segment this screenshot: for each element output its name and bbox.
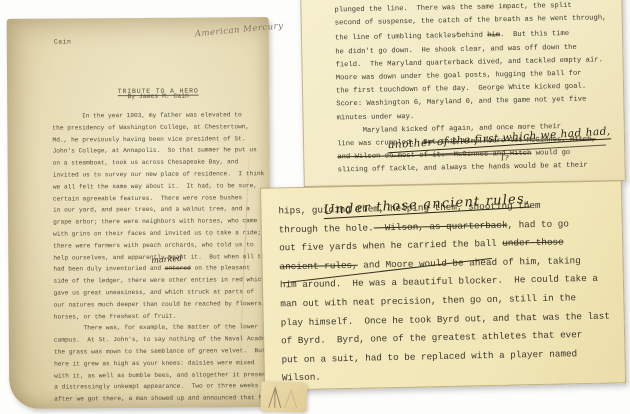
typed-segment: out five yards when he carried the ball	[279, 238, 502, 254]
typed-segment: . But this time	[500, 30, 569, 39]
typed-line: after we got there, a man showed up and …	[54, 392, 270, 405]
typed-segment: the line of tumbling tackles	[335, 33, 456, 43]
typed-line: the presidency of Washington College, at…	[52, 121, 268, 134]
typed-segment: and Moore would be ahead of him, taking	[358, 255, 581, 271]
typed-line: here it grew as high as your knees: dais…	[54, 357, 270, 370]
manuscript-page-first: Cain American Mercury TRIBUTE TO A HERO …	[7, 17, 272, 409]
paragraph-one: In the year 1903, my father was elevated…	[52, 109, 269, 323]
typed-segment: would go	[531, 149, 570, 158]
magazine-annotation-handwriting: American Mercury	[194, 21, 283, 39]
torn-paper-scrap	[261, 381, 308, 412]
typed-segment: behind	[457, 32, 487, 41]
author-surname: Cain	[54, 38, 72, 45]
edited-segment: under those	[502, 237, 564, 249]
edited-segment: ancient rules,	[279, 260, 357, 273]
manuscript-page-top-right: plunged the line. There was the same imp…	[300, 0, 626, 187]
typed-segment: , had to go	[507, 218, 569, 230]
typed-line: there were farmers with peach orchards, …	[53, 239, 269, 252]
paragraph-two: There was, for example, the matter of th…	[54, 321, 271, 405]
edited-segment: Wilson, as quarterback	[373, 219, 507, 233]
pencil-scribble-marks	[261, 381, 308, 412]
manuscript-byline: By James M. Cain	[52, 92, 264, 100]
manuscript-page-bottom-right: hips, guiding them, helping them, shooti…	[260, 180, 626, 391]
handwritten-caret-note: 1?	[500, 154, 508, 162]
edited-segment: entered	[165, 265, 191, 272]
typed-segment: had been duly inventoried and	[53, 265, 164, 273]
typed-line: our natures much deeper than could be re…	[54, 298, 270, 311]
typed-line: we all felt the same way about it. It ha…	[53, 180, 269, 193]
edited-segment: him	[487, 32, 500, 40]
typed-segment: through the hole.	[279, 222, 374, 235]
bottom-right-page-text: hips, guiding them, helping them, shooti…	[278, 195, 618, 388]
manuscript-photo: Cain American Mercury TRIBUTE TO A HERO …	[0, 0, 630, 414]
typed-segment: on the pleasant	[191, 265, 250, 272]
